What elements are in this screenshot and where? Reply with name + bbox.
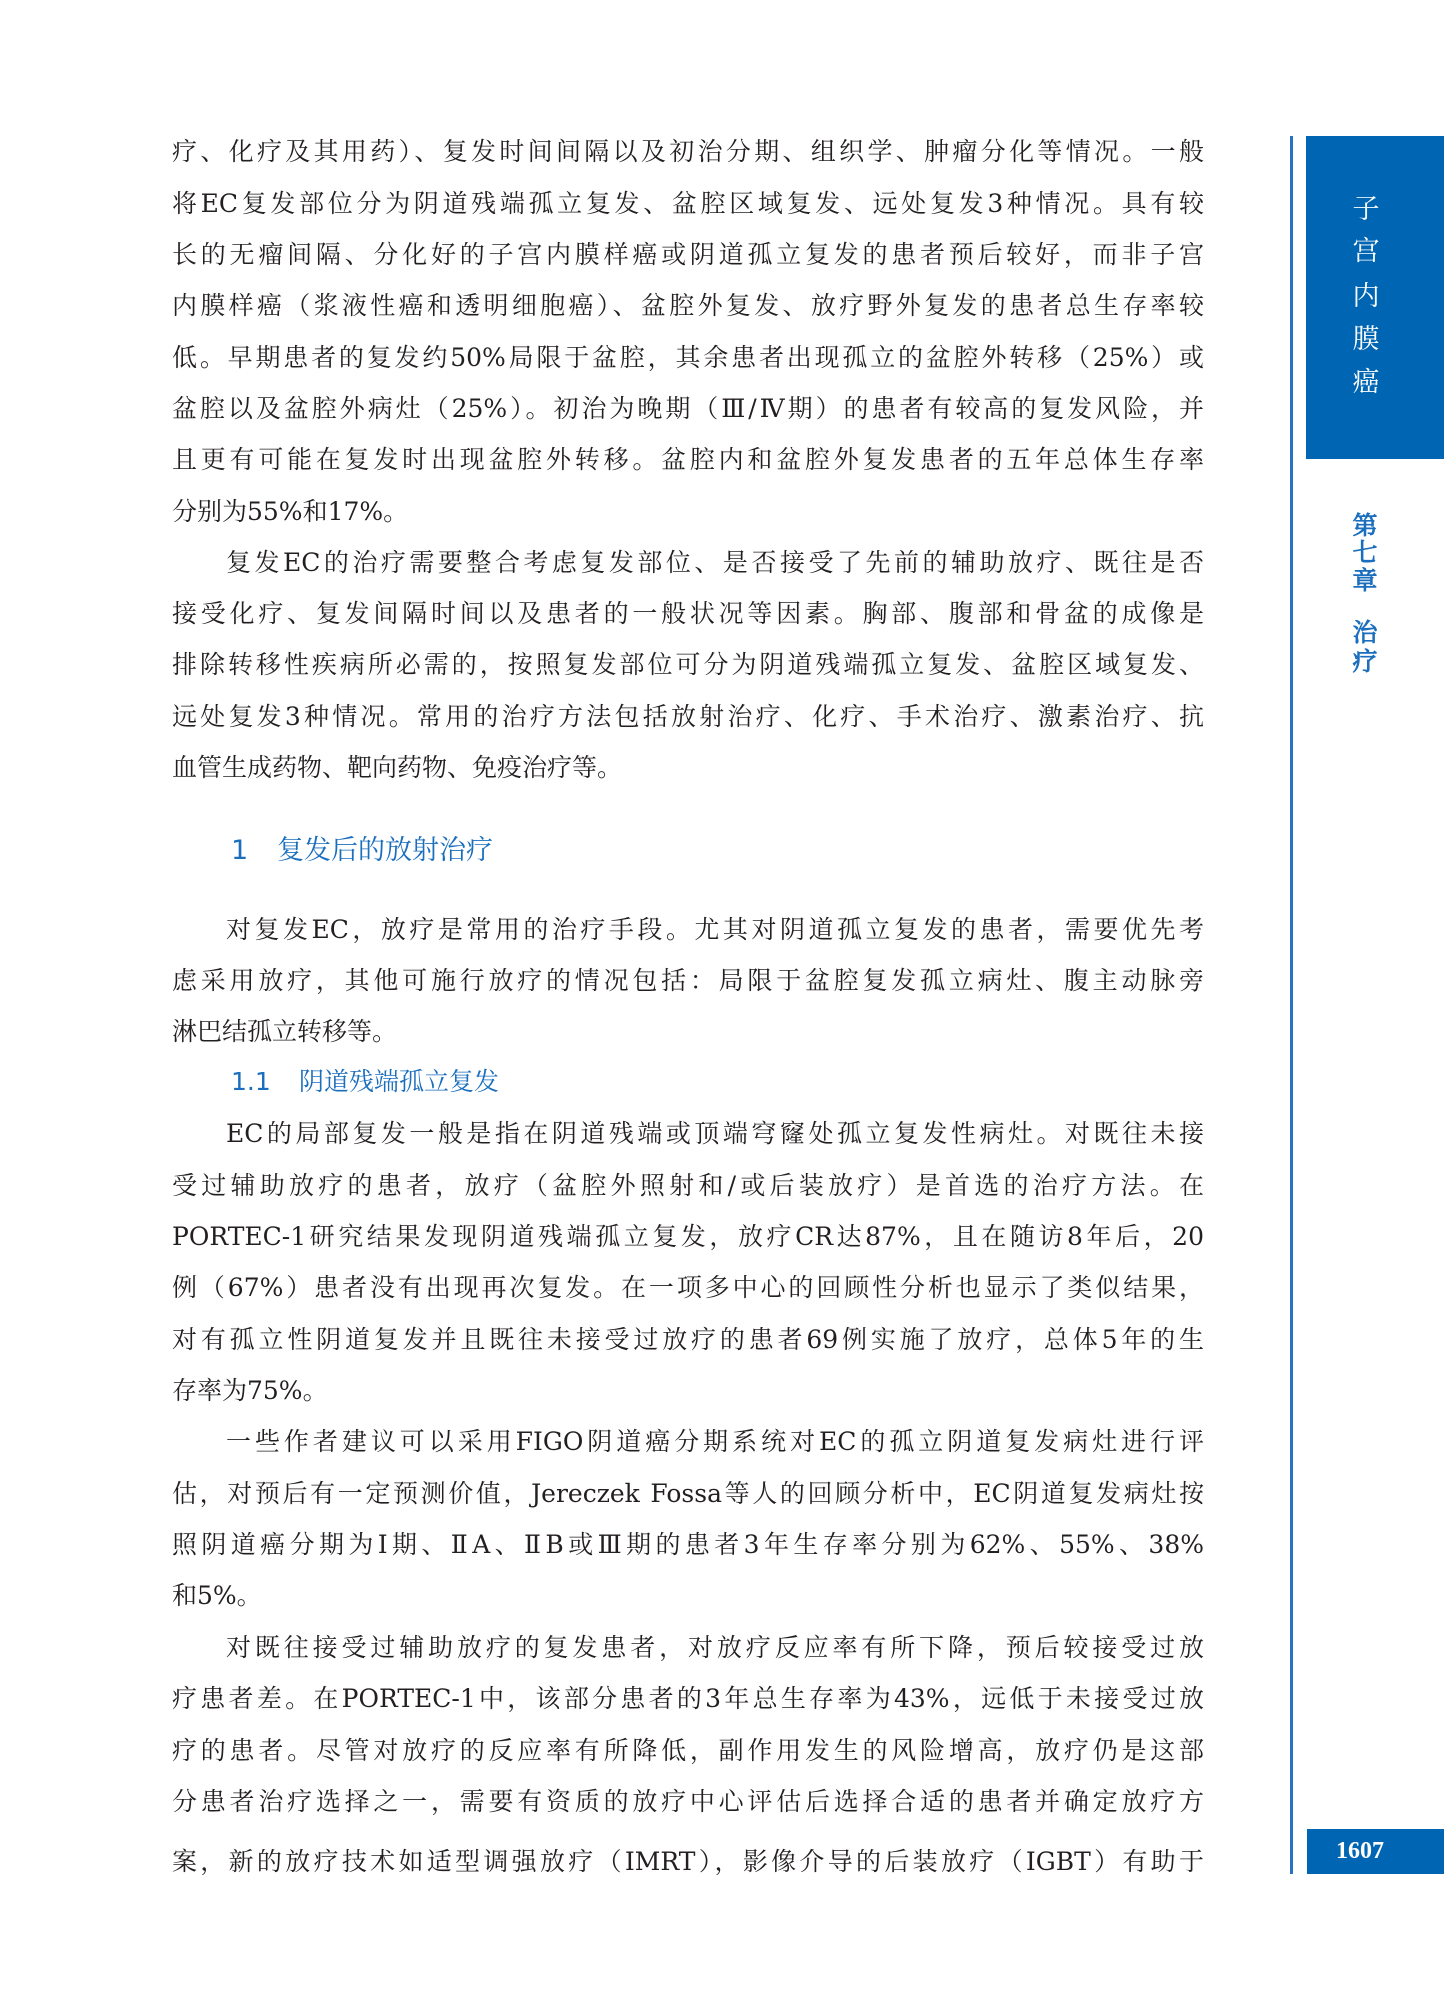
text-line: 低。早期患者的复发约50%局限于盆腔，其余患者出现孤立的盆腔外转移（25%）或 bbox=[172, 341, 1204, 375]
margin-rule bbox=[1290, 136, 1293, 1874]
text-line: 对复发EC，放疗是常用的治疗手段。尤其对阴道孤立复发的患者，需要优先考 bbox=[226, 913, 1204, 947]
page-number: 1607 bbox=[1336, 1829, 1384, 1874]
subsection-number: 1.1 bbox=[231, 1064, 299, 1100]
section-number: 1 bbox=[231, 831, 277, 871]
book-page: 疗、化疗及其用药）、复发时间间隔以及初治分期、组织学、肿瘤分化等情况。一般 将E… bbox=[0, 0, 1444, 2010]
text-line: 血管生成药物、靶向药物、免疫治疗等。 bbox=[172, 751, 1204, 785]
book-title-char: 宫 bbox=[1306, 234, 1426, 270]
book-title-tab: 子 宫 内 膜 癌 bbox=[1306, 136, 1444, 459]
chapter-char: 章 bbox=[1345, 566, 1385, 596]
text-line: 对既往接受过辅助放疗的复发患者，对放疗反应率有所下降，预后较接受过放 bbox=[226, 1631, 1204, 1665]
text-line: 淋巴结孤立转移等。 bbox=[172, 1015, 1204, 1049]
book-title-char: 内 bbox=[1306, 279, 1426, 315]
text-line: 存率为75%。 bbox=[172, 1374, 1204, 1408]
text-line: 一些作者建议可以采用FIGO阴道癌分期系统对EC的孤立阴道复发病灶进行评 bbox=[226, 1425, 1204, 1459]
text-line: EC的局部复发一般是指在阴道残端或顶端穹窿处孤立复发性病灶。对既往未接 bbox=[226, 1117, 1204, 1151]
text-line: 长的无瘤间隔、分化好的子宫内膜样癌或阴道孤立复发的患者预后较好，而非子宫 bbox=[172, 238, 1204, 272]
section-heading: 1复发后的放射治疗 bbox=[231, 831, 493, 871]
text-line: 受过辅助放疗的患者，放疗（盆腔外照射和/或后装放疗）是首选的治疗方法。在 bbox=[172, 1169, 1204, 1203]
page-number-box: 1607 bbox=[1307, 1829, 1444, 1874]
text-line: 复发EC的治疗需要整合考虑复发部位、是否接受了先前的辅助放疗、既往是否 bbox=[226, 546, 1204, 580]
text-line: 照阴道癌分期为Ⅰ期、ⅡA、ⅡB或Ⅲ期的患者3年生存率分别为62%、55%、38% bbox=[172, 1528, 1204, 1562]
text-line: 分患者治疗选择之一，需要有资质的放疗中心评估后选择合适的患者并确定放疗方 bbox=[172, 1785, 1204, 1819]
text-line: PORTEC-1研究结果发现阴道残端孤立复发，放疗CR达87%，且在随访8年后，… bbox=[172, 1220, 1204, 1254]
chapter-char: 疗 bbox=[1345, 647, 1385, 677]
text-line: 案，新的放疗技术如适型调强放疗（IMRT），影像介导的后装放疗（IGBT）有助于 bbox=[172, 1845, 1204, 1879]
text-line: 将EC复发部位分为阴道残端孤立复发、盆腔区域复发、远处复发3种情况。具有较 bbox=[172, 187, 1204, 221]
text-line: 接受化疗、复发间隔时间以及患者的一般状况等因素。胸部、腹部和骨盆的成像是 bbox=[172, 597, 1204, 631]
text-line: 疗的患者。尽管对放疗的反应率有所降低，副作用发生的风险增高，放疗仍是这部 bbox=[172, 1734, 1204, 1768]
text-line: 疗、化疗及其用药）、复发时间间隔以及初治分期、组织学、肿瘤分化等情况。一般 bbox=[172, 135, 1204, 169]
section-title: 复发后的放射治疗 bbox=[277, 835, 493, 866]
book-title-char: 膜 bbox=[1306, 322, 1426, 358]
text-line: 分别为55%和17%。 bbox=[172, 495, 1204, 529]
chapter-char: 七 bbox=[1345, 538, 1385, 568]
text-line: 盆腔以及盆腔外病灶（25%）。初治为晚期（Ⅲ/Ⅳ期）的患者有较高的复发风险，并 bbox=[172, 392, 1204, 426]
chapter-char: 第 bbox=[1345, 511, 1385, 541]
text-line: 和5%。 bbox=[172, 1579, 1204, 1613]
text-line: 虑采用放疗，其他可施行放疗的情况包括：局限于盆腔复发孤立病灶、腹主动脉旁 bbox=[172, 964, 1204, 998]
text-line: 例（67%）患者没有出现再次复发。在一项多中心的回顾性分析也显示了类似结果， bbox=[172, 1271, 1204, 1305]
text-line: 对有孤立性阴道复发并且既往未接受过放疗的患者69例实施了放疗，总体5年的生 bbox=[172, 1323, 1204, 1357]
subsection-heading: 1.1阴道残端孤立复发 bbox=[231, 1064, 499, 1100]
text-line: 排除转移性疾病所必需的，按照复发部位可分为阴道残端孤立复发、盆腔区域复发、 bbox=[172, 648, 1204, 682]
book-title-char: 子 bbox=[1306, 192, 1426, 228]
subsection-title: 阴道残端孤立复发 bbox=[299, 1067, 499, 1096]
text-line: 估，对预后有一定预测价值，Jereczek Fossa等人的回顾分析中，EC阴道… bbox=[172, 1477, 1204, 1511]
text-line: 疗患者差。在PORTEC-1中，该部分患者的3年总生存率为43%，远低于未接受过… bbox=[172, 1682, 1204, 1716]
chapter-char: 治 bbox=[1345, 618, 1385, 648]
text-line: 内膜样癌（浆液性癌和透明细胞癌）、盆腔外复发、放疗野外复发的患者总生存率较 bbox=[172, 289, 1204, 323]
text-line: 且更有可能在复发时出现盆腔外转移。盆腔内和盆腔外复发患者的五年总体生存率 bbox=[172, 443, 1204, 477]
text-line: 远处复发3种情况。常用的治疗方法包括放射治疗、化疗、手术治疗、激素治疗、抗 bbox=[172, 700, 1204, 734]
book-title-char: 癌 bbox=[1306, 365, 1426, 401]
